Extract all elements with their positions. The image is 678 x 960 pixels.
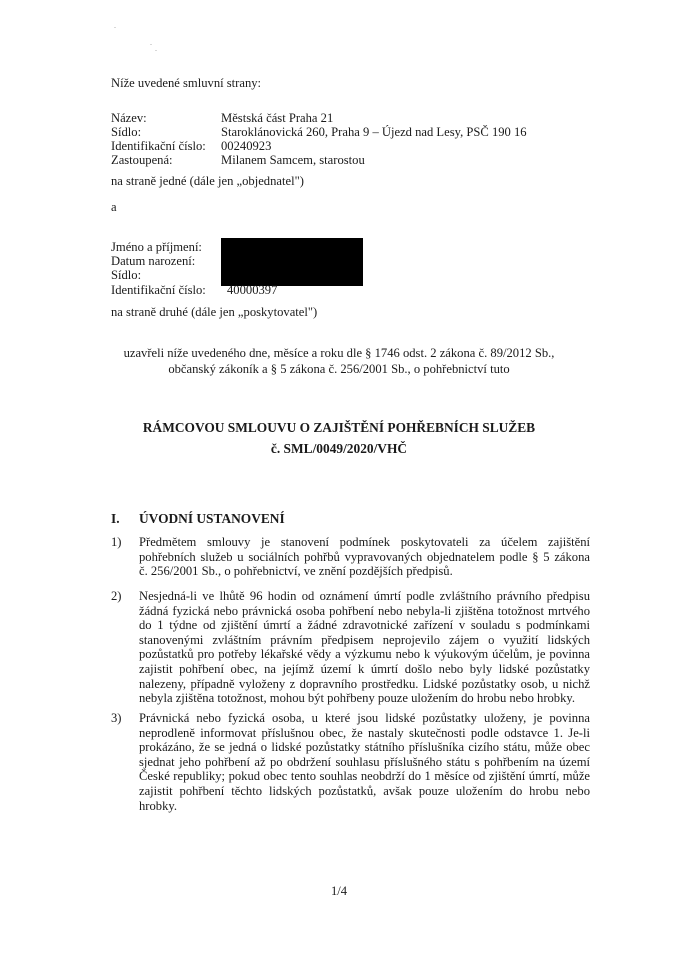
contract-title: RÁMCOVOU SMLOUVU O ZAJIŠTĚNÍ POHŘEBNÍCH … [0,420,678,436]
text-line: neprodleně informovat příslušnou obec, ž… [139,726,590,741]
contract-number: č. SML/0049/2020/VHČ [0,441,678,457]
text-line: hrobky. [139,799,590,814]
field-label: Název: [111,111,147,125]
scan-artifact [114,27,116,28]
field-label: Sídlo: [111,125,141,139]
scan-artifact [150,44,152,45]
field-label: Identifikační číslo: [111,283,206,297]
paragraph-number: 2) [111,589,122,604]
section-title: ÚVODNÍ USTANOVENÍ [139,512,285,526]
text-line: stanovenými zvláštním právním předpisem … [139,633,590,648]
field-value: Staroklánovická 260, Praha 9 – Újezd nad… [221,125,527,139]
preamble-line: občanský zákoník a § 5 zákona č. 256/200… [0,361,678,377]
field-label: Sídlo: [111,268,141,282]
text-line: Předmětem smlouvy je stanovení podmínek … [139,535,590,550]
paragraph-text: Nesjedná-li ve lhůtě 96 hodin od oznámen… [139,589,590,706]
text-line: do 1 týdne od zjištění úmrtí a žádné zdr… [139,618,590,633]
field-label: Jméno a příjmení: [111,240,202,254]
field-value: Milanem Samcem, starostou [221,153,365,167]
party-role: na straně jedné (dále jen „objednatel") [111,174,304,188]
text-line: zajistit pohřbení obec, na jejímž území … [139,662,590,677]
field-label: Zastoupená: [111,153,173,167]
conjunction: a [111,200,117,214]
text-line: České republiky; pokud obec tento souhla… [139,769,590,784]
text-line: prokázáno, že se jedná o lidské pozůstat… [139,740,590,755]
field-value: 40000397 [227,283,277,297]
text-line: žádná fyzická nebo právnická osoba pohřb… [139,604,590,619]
intro-text: Níže uvedené smluvní strany: [111,76,261,90]
scan-artifact [155,50,157,51]
field-value: 00240923 [221,139,271,153]
paragraph-text: Předmětem smlouvy je stanovení podmínek … [139,535,590,579]
paragraph-number: 3) [111,711,122,726]
party-role: na straně druhé (dále jen „poskytovatel"… [111,305,317,319]
preamble-line: uzavřeli níže uvedeného dne, měsíce a ro… [0,345,678,361]
text-line: Právnická nebo fyzická osoba, u které js… [139,711,590,726]
text-line: nebyla zjištěna totožnost, mohou být poh… [139,691,590,706]
paragraph-text: Právnická nebo fyzická osoba, u které js… [139,711,590,813]
field-label: Datum narození: [111,254,195,268]
text-line: Nesjedná-li ve lhůtě 96 hodin od oznámen… [139,589,590,604]
text-line: zajistit pohřbení těchto lidských pozůst… [139,784,590,799]
field-label: Identifikační číslo: [111,139,206,153]
section-number: I. [111,512,120,526]
text-line: pohřebních služeb u sociálních pohřbů vy… [139,550,590,565]
text-line: č. 256/2001 Sb., o pohřebnictví, ve zněn… [139,564,590,579]
field-value: Městská část Praha 21 [221,111,333,125]
text-line: nalezeny, případně vyloženy z dopravního… [139,677,590,692]
text-line: sjednat jeho pohřbení až po obdržení sou… [139,755,590,770]
text-line: pozůstatků pro potřeby lékařské vědy a v… [139,647,590,662]
page-number: 1/4 [0,884,678,899]
paragraph-number: 1) [111,535,122,550]
redaction-block [221,238,363,286]
